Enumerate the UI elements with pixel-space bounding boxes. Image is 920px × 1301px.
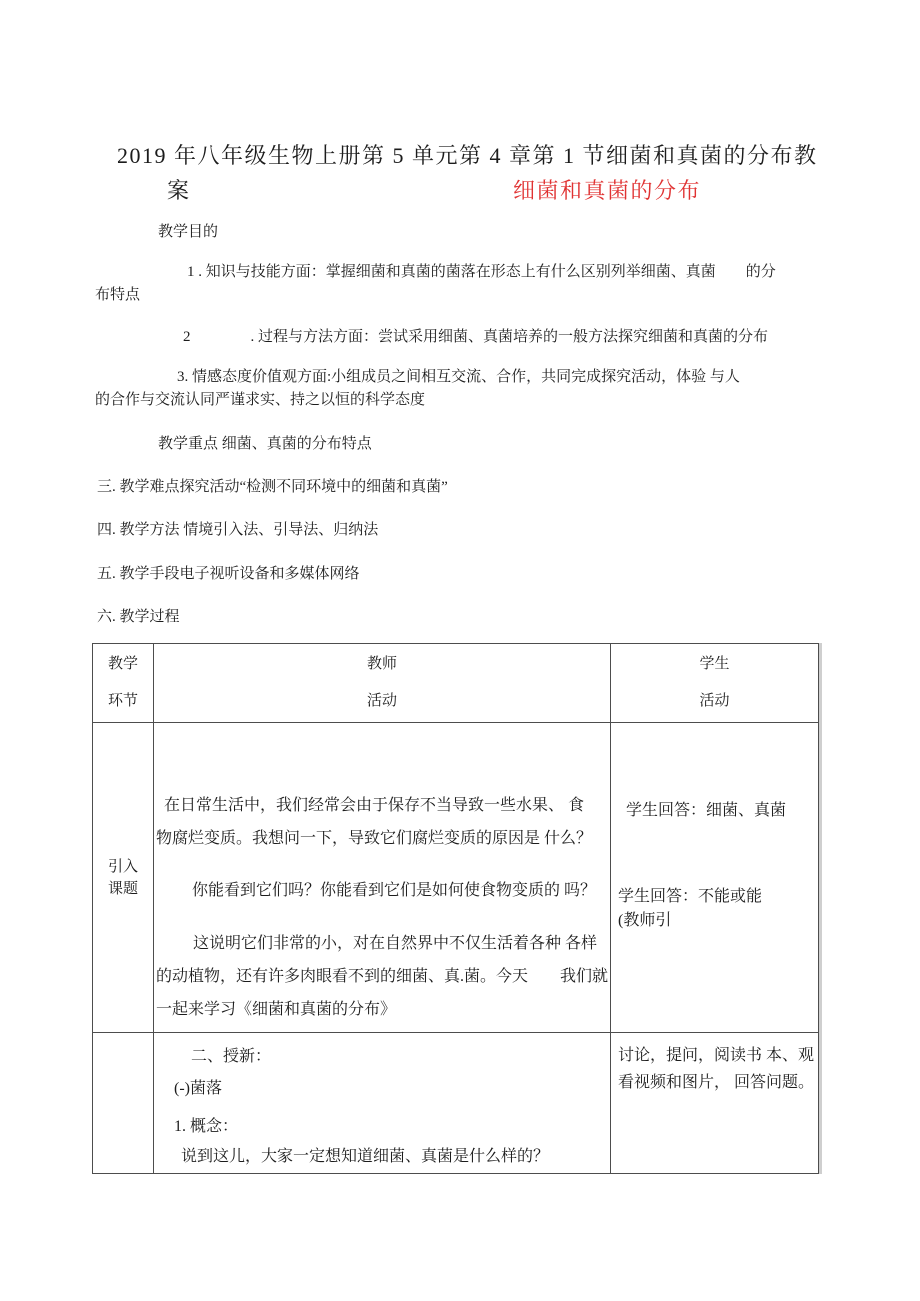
teacher-line-4: 说到这儿，大家一定想知道细菌、真菌是什么样的？ bbox=[156, 1145, 608, 1169]
header-teacher-label: 教师 活动 bbox=[154, 646, 610, 720]
document-title: 2019 年八年级生物上册第 5 单元第 4 章第 1 节细菌和真菌的分布教 案… bbox=[95, 138, 828, 208]
header-phase-label: 教学 环节 bbox=[93, 646, 153, 720]
teacher-paragraph-1: 在日常生活中，我们经常会由于保存不当导致一些水果、 食 物腐烂变质。我想问一下，… bbox=[156, 789, 608, 855]
teaching-key-points: 教学重点 细菌、真菌的分布特点 bbox=[158, 433, 828, 456]
phase-label: 引入 课题 bbox=[93, 856, 153, 900]
teacher-activity-cell: 在日常生活中，我们经常会由于保存不当导致一些水果、 食 物腐烂变质。我想问一下，… bbox=[154, 723, 611, 1033]
objective-process-methods: 2 . 过程与方法方面：尝试采用细菌、真菌培养的一般方法探究细菌和真菌的分布 bbox=[95, 326, 828, 349]
student-answer-2: 学生回答：不能或能 (教师引 bbox=[618, 885, 814, 933]
phase-cell-intro: 引入 课题 bbox=[93, 723, 154, 1033]
student-answer-1: 学生回答：细菌、真菌 bbox=[618, 799, 814, 823]
student-activity-cell: 讨论，提问，阅读书 本、观 看视频和图片， 回答问题。 bbox=[611, 1033, 819, 1174]
teaching-means: 五. 教学手段电子视听设备和多媒体网络 bbox=[97, 563, 828, 586]
header-student-label: 学生 活动 bbox=[611, 646, 818, 720]
teaching-difficulty: 三. 教学难点探究活动“检测不同环境中的细菌和真菌” bbox=[97, 476, 828, 499]
teacher-line-3: 1. 概念： bbox=[156, 1115, 608, 1139]
teaching-process-heading: 六. 教学过程 bbox=[97, 606, 828, 629]
objective-values: 3. 情感态度价值观方面:小组成员之间相互交流、合作，共同完成探究活动，体验 与… bbox=[95, 366, 828, 412]
student-activity-cell: 学生回答：细菌、真菌 学生回答：不能或能 (教师引 bbox=[611, 723, 819, 1033]
objective-heading: 教学目的 bbox=[158, 221, 828, 244]
table-header-row: 教学 环节 教师 活动 学生 活动 bbox=[93, 644, 819, 723]
title-line2-text: 案 bbox=[167, 178, 191, 203]
teaching-process-table: 教学 环节 教师 活动 学生 活动 引入 课题 在日常生活中，我们经常会由于保存… bbox=[92, 643, 819, 1174]
teacher-line-1: 二、授新： bbox=[156, 1045, 608, 1069]
teacher-paragraph-3: 这说明它们非常的小，对在自然界中不仅生活着各种 各样 的动植物，还有许多肉眼看不… bbox=[156, 927, 608, 1026]
document-content: 2019 年八年级生物上册第 5 单元第 4 章第 1 节细菌和真菌的分布教 案… bbox=[0, 138, 920, 1174]
header-cell-student: 学生 活动 bbox=[611, 644, 819, 723]
red-subtitle: 细菌和真菌的分布 bbox=[513, 173, 701, 208]
teacher-paragraph-2: 你能看到它们吗？你能看到它们是如何使食物变质的 吗？ bbox=[156, 874, 608, 907]
title-line2: 案 细菌和真菌的分布 bbox=[95, 173, 828, 208]
header-cell-teacher: 教师 活动 bbox=[154, 644, 611, 723]
student-activity-text: 讨论，提问，阅读书 本、观 看视频和图片， 回答问题。 bbox=[618, 1042, 814, 1096]
table-row: 引入 课题 在日常生活中，我们经常会由于保存不当导致一些水果、 食 物腐烂变质。… bbox=[93, 723, 819, 1033]
objective-knowledge-skills: 1 . 知识与技能方面：掌握细菌和真菌的菌落在形态上有什么区别列举细菌、真菌 的… bbox=[95, 261, 828, 307]
header-cell-phase: 教学 环节 bbox=[93, 644, 154, 723]
phase-cell-empty bbox=[93, 1033, 154, 1174]
document-page: 2019 年八年级生物上册第 5 单元第 4 章第 1 节细菌和真菌的分布教 案… bbox=[0, 0, 920, 1301]
teacher-line-2: (-)菌落 bbox=[156, 1077, 608, 1101]
teaching-methods: 四. 教学方法 情境引入法、引导法、归纳法 bbox=[97, 519, 828, 542]
title-line1: 2019 年八年级生物上册第 5 单元第 4 章第 1 节细菌和真菌的分布教 bbox=[95, 138, 828, 173]
teacher-activity-cell: 二、授新： (-)菌落 1. 概念： 说到这儿，大家一定想知道细菌、真菌是什么样… bbox=[154, 1033, 611, 1174]
table-row: 二、授新： (-)菌落 1. 概念： 说到这儿，大家一定想知道细菌、真菌是什么样… bbox=[93, 1033, 819, 1174]
